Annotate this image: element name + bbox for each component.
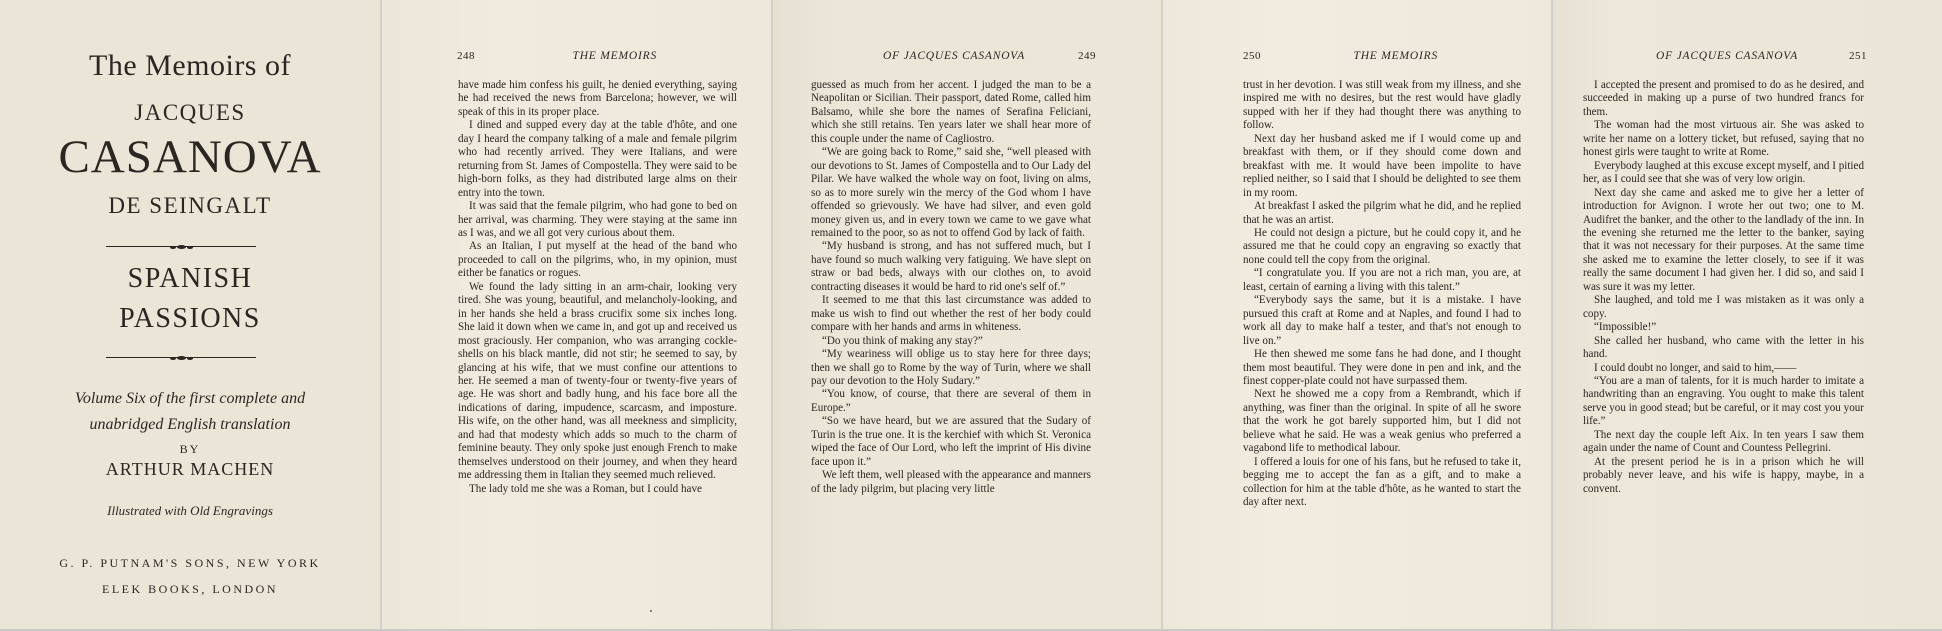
title-line-memoirs: The Memoirs of (0, 49, 380, 83)
paragraph: have made him confess his guilt, he deni… (458, 79, 737, 119)
paragraph: I dined and supped every day at the tabl… (458, 119, 737, 200)
running-title: THE MEMOIRS (1354, 50, 1439, 62)
title-line-casanova: CASANOVA (0, 131, 380, 183)
paragraph: “I congratulate you. If you are not a ri… (1243, 267, 1521, 294)
page-250: 250 THE MEMOIRS trust in her devotion. I… (1163, 0, 1551, 629)
page-body: trust in her devotion. I was still weak … (1243, 79, 1521, 510)
paragraph: I offered a louis for one of his fans, b… (1243, 456, 1521, 510)
paragraph: Next he showed me a copy from a Rembrand… (1243, 388, 1521, 455)
running-title: OF JACQUES CASANOVA (883, 50, 1025, 62)
page-body: guessed as much from her accent. I judge… (811, 79, 1091, 496)
paragraph: He then shewed me some fans he had done,… (1243, 348, 1521, 388)
paragraph: He could not design a picture, but he co… (1243, 227, 1521, 267)
title-line-seingalt: DE SEINGALT (0, 193, 380, 219)
running-title: OF JACQUES CASANOVA (1656, 50, 1798, 62)
ornamental-rule-icon (106, 243, 256, 251)
paragraph: I could doubt no longer, and said to him… (1583, 362, 1864, 375)
paragraph: At breakfast I asked the pilgrim what he… (1243, 200, 1521, 227)
page-number: 248 (457, 50, 475, 62)
paragraph: “Do you think of making any stay?” (811, 335, 1091, 348)
paragraph: Next day her husband asked me if I would… (1243, 133, 1521, 200)
paragraph: Everybody laughed at this excuse except … (1583, 160, 1864, 187)
paragraph: She laughed, and told me I was mistaken … (1583, 294, 1864, 321)
paragraph: Next day she came and asked me to give h… (1583, 187, 1864, 295)
publisher-london: ELEK BOOKS, LONDON (0, 582, 380, 597)
volume-line-1: Volume Six of the first complete and (0, 386, 380, 412)
illustration-note: Illustrated with Old Engravings (0, 503, 380, 519)
paragraph: “So we have heard, but we are assured th… (811, 415, 1091, 469)
paragraph: I accepted the present and promised to d… (1583, 79, 1864, 119)
paragraph: We left them, well pleased with the appe… (811, 469, 1091, 496)
page-248: 248 THE MEMOIRS have made him confess hi… (382, 0, 771, 629)
page-number: 250 (1243, 50, 1261, 62)
paragraph: The next day the couple left Aix. In ten… (1583, 429, 1864, 456)
subtitle-passions: PASSIONS (0, 303, 380, 335)
publisher-new-york: G. P. PUTNAM'S SONS, NEW YORK (0, 556, 380, 571)
page-body: have made him confess his guilt, he deni… (458, 79, 737, 496)
page-body: I accepted the present and promised to d… (1583, 79, 1864, 496)
paragraph: trust in her devotion. I was still weak … (1243, 79, 1521, 133)
paragraph: She called her husband, who came with th… (1583, 335, 1864, 362)
paragraph: It seemed to me that this last circumsta… (811, 294, 1091, 334)
author-name: ARTHUR MACHEN (0, 459, 380, 480)
paragraph: “Everybody says the same, but it is a mi… (1243, 294, 1521, 348)
volume-line-2: unabridged English translation (0, 412, 380, 438)
title-line-jacques: JACQUES (0, 100, 380, 126)
by-label: BY (0, 442, 380, 457)
volume-description: Volume Six of the first complete and una… (0, 386, 380, 438)
paragraph: It was said that the female pilgrim, who… (458, 200, 737, 240)
paragraph: The lady told me she was a Roman, but I … (458, 483, 737, 496)
print-speck (650, 610, 652, 612)
paragraph: “We are going back to Rome,” said she, “… (811, 146, 1091, 240)
running-head: OF JACQUES CASANOVA 251 (1656, 50, 1867, 62)
paragraph: As an Italian, I put myself at the head … (458, 240, 737, 280)
paragraph: We found the lady sitting in an arm-chai… (458, 281, 737, 483)
paragraph: “My husband is strong, and has not suffe… (811, 240, 1091, 294)
page-249: OF JACQUES CASANOVA 249 guessed as much … (773, 0, 1161, 629)
paragraph: At the present period he is in a prison … (1583, 456, 1864, 496)
running-head: 248 THE MEMOIRS (457, 50, 657, 62)
title-page: The Memoirs of JACQUES CASANOVA DE SEING… (0, 0, 380, 629)
running-head: 250 THE MEMOIRS (1243, 50, 1438, 62)
paragraph: “You are a man of talents, for it is muc… (1583, 375, 1864, 429)
page-251: OF JACQUES CASANOVA 251 I accepted the p… (1553, 0, 1942, 629)
paragraph: “Impossible!” (1583, 321, 1864, 334)
paragraph: “My weariness will oblige us to stay her… (811, 348, 1091, 388)
book-spread: The Memoirs of JACQUES CASANOVA DE SEING… (0, 0, 1942, 631)
ornamental-rule-icon (106, 354, 256, 362)
running-title: THE MEMOIRS (573, 50, 658, 62)
paragraph: The woman had the most virtuous air. She… (1583, 119, 1864, 159)
running-head: OF JACQUES CASANOVA 249 (883, 50, 1096, 62)
paragraph: guessed as much from her accent. I judge… (811, 79, 1091, 146)
paragraph: “You know, of course, that there are sev… (811, 388, 1091, 415)
subtitle-spanish: SPANISH (0, 263, 380, 295)
page-number: 249 (1078, 50, 1096, 62)
page-number: 251 (1849, 50, 1867, 62)
